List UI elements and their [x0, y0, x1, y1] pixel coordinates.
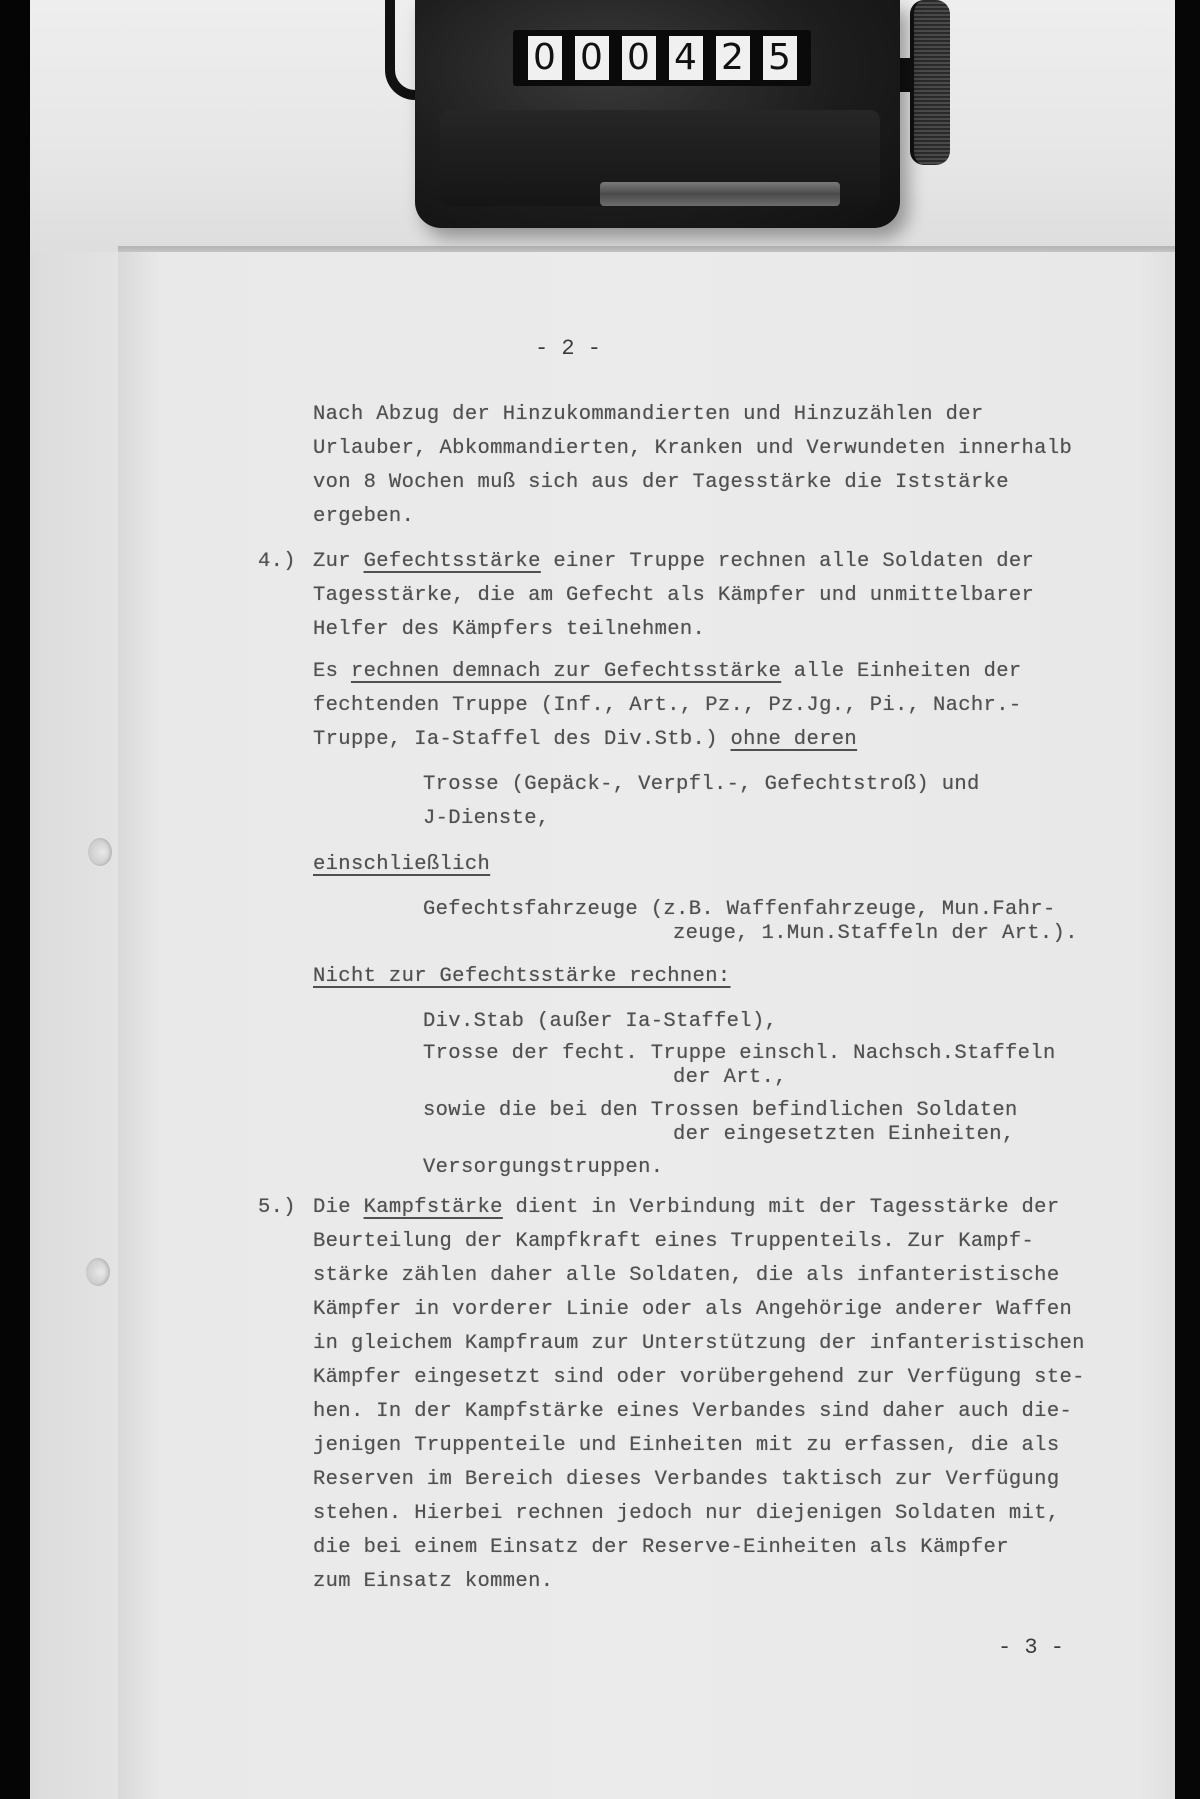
term-kampfstaerke: Kampfstärke — [364, 1196, 503, 1219]
film-edge-right — [1175, 0, 1200, 1799]
not-included-item: Versorgungstruppen. — [423, 1151, 663, 1185]
not-included-item: der Art., — [673, 1061, 787, 1095]
section-5-number: 5.) — [258, 1191, 296, 1225]
section-5-line: die bei einem Einsatz der Reserve-Einhei… — [313, 1531, 1009, 1565]
text: Truppe, Ia-Staffel des Div.Stb.) — [313, 728, 731, 751]
section-5-line: Die Kampfstärke dient in Verbindung mit … — [313, 1191, 1060, 1225]
underlined-phrase: ohne deren — [731, 728, 858, 751]
section-5-line: stärke zählen daher alle Soldaten, die a… — [313, 1259, 1059, 1293]
text: Zur — [313, 550, 364, 573]
including-item: zeuge, 1.Mun.Staffeln der Art.). — [673, 917, 1078, 951]
counter-digit: 2 — [716, 36, 750, 80]
section-5-line: in gleichem Kampfraum zur Unterstützung … — [313, 1327, 1085, 1361]
section-4-line: Tagesstärke, die am Gefecht als Kämpfer … — [313, 579, 1034, 613]
section-5-line: hen. In der Kampfstärke eines Verbandes … — [313, 1395, 1072, 1429]
section-5-line: jenigen Truppenteile und Einheiten mit z… — [313, 1429, 1059, 1463]
section-5-line: zum Einsatz kommen. — [313, 1565, 553, 1599]
counter-display: 0 0 0 4 2 5 — [513, 30, 811, 86]
section-5-line: stehen. Hierbei rechnen jedoch nur dieje… — [313, 1497, 1059, 1531]
underlined-phrase: rechnen demnach zur Gefechtsstärke — [351, 660, 781, 683]
section-5-line: Kämpfer in vorderer Linie oder als Angeh… — [313, 1293, 1072, 1327]
term-gefechtsstaerke: Gefechtsstärke — [364, 550, 541, 573]
text: Die — [313, 1196, 364, 1219]
text: einer Truppe rechnen alle Soldaten der — [541, 550, 1034, 573]
counter-digit: 0 — [622, 36, 656, 80]
not-included-item: Div.Stab (außer Ia-Staffel), — [423, 1005, 777, 1039]
text: alle Einheiten der — [781, 660, 1021, 683]
section-4-line: Zur Gefechtsstärke einer Truppe rechnen … — [313, 545, 1034, 579]
including-heading: einschließlich — [313, 848, 490, 882]
counter-digit: 4 — [669, 36, 703, 80]
intro-line: ergeben. — [313, 500, 414, 534]
section-5-line: Beurteilung der Kampfkraft eines Truppen… — [313, 1225, 1034, 1259]
punch-hole-icon — [86, 1258, 110, 1286]
counter-digit: 0 — [528, 36, 562, 80]
punch-hole-icon — [88, 838, 112, 866]
not-included-heading: Nicht zur Gefechtsstärke rechnen: — [313, 960, 731, 994]
intro-line: Urlauber, Abkommandierten, Kranken und V… — [313, 432, 1072, 466]
counter-digit: 5 — [763, 36, 797, 80]
page-footer-number: - 3 - — [998, 1635, 1064, 1660]
section-4-line: Truppe, Ia-Staffel des Div.Stb.) ohne de… — [313, 723, 857, 757]
intro-line: von 8 Wochen muß sich aus der Tagesstärk… — [313, 466, 1009, 500]
excluded-item: Trosse (Gepäck-, Verpfl.-, Gefechtstroß)… — [423, 768, 980, 802]
underlying-page-edge — [30, 252, 130, 1799]
counter-nameplate — [600, 182, 840, 206]
section-4-number: 4.) — [258, 545, 296, 579]
frame-counter-device: 0 0 0 4 2 5 — [415, 0, 900, 228]
section-5-line: Kämpfer eingesetzt sind oder vorübergehe… — [313, 1361, 1085, 1395]
text: dient in Verbindung mit der Tagesstärke … — [503, 1196, 1060, 1219]
film-edge-left — [0, 0, 30, 1799]
section-4-line: fechtenden Truppe (Inf., Art., Pz., Pz.J… — [313, 689, 1022, 723]
section-5-line: Reserven im Bereich dieses Verbandes tak… — [313, 1463, 1059, 1497]
section-4-line: Helfer des Kämpfers teilnehmen. — [313, 613, 705, 647]
counter-digit: 0 — [575, 36, 609, 80]
page-header-number: - 2 - — [535, 336, 601, 361]
section-4-paragraph-2: Es rechnen demnach zur Gefechtsstärke al… — [313, 655, 1022, 689]
excluded-item: J-Dienste, — [423, 802, 550, 836]
counter-knob — [910, 0, 950, 165]
not-included-item: der eingesetzten Einheiten, — [673, 1118, 1015, 1152]
intro-line: Nach Abzug der Hinzukommandierten und Hi… — [313, 398, 984, 432]
text: Es — [313, 660, 351, 683]
